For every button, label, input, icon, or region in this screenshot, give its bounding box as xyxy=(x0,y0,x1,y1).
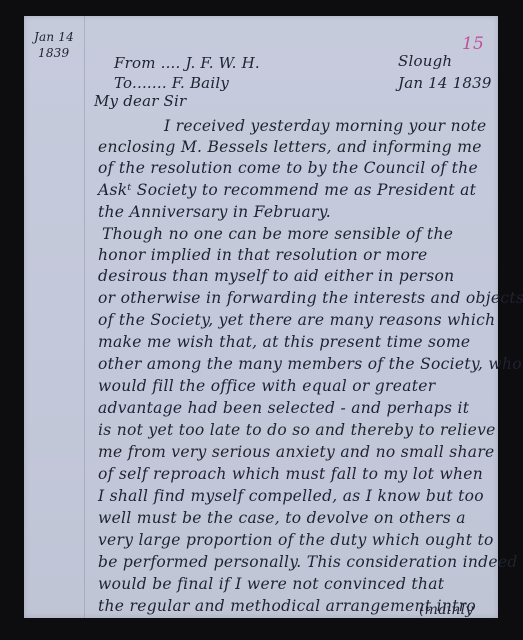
folio-number: 15 xyxy=(462,34,484,54)
header-date: Jan 14 1839 xyxy=(398,74,492,92)
catchword: (mainly xyxy=(419,602,473,618)
margin-date-year: 1839 xyxy=(38,46,69,60)
body-line: or otherwise in forwarding the interests… xyxy=(98,289,523,307)
header-from: From .... J. F. W. H. xyxy=(114,54,260,72)
body-line: is not yet too late to do so and thereby… xyxy=(98,421,496,439)
body-line: would be final if I were not convinced t… xyxy=(98,575,444,593)
header-place: Slough xyxy=(398,52,452,70)
header-to: To....... F. Baily xyxy=(114,74,229,92)
body-line: Askᵗ Society to recommend me as Presiden… xyxy=(98,181,476,199)
body-line: Though no one can be more sensible of th… xyxy=(102,225,453,243)
body-line: the Anniversary in February. xyxy=(98,203,331,221)
body-line: be performed personally. This considerat… xyxy=(98,553,518,571)
margin-rule xyxy=(84,16,85,618)
body-line: well must be the case, to devolve on oth… xyxy=(98,509,466,527)
body-line: honor implied in that resolution or more xyxy=(98,246,427,264)
body-line: of the Society, yet there are many reaso… xyxy=(98,311,495,329)
body-line: make me wish that, at this present time … xyxy=(98,333,470,351)
margin-date-day: Jan 14 xyxy=(34,30,74,44)
body-line: I shall find myself compelled, as I know… xyxy=(98,487,484,505)
body-line: me from very serious anxiety and no smal… xyxy=(98,443,495,461)
body-line: enclosing M. Bessels letters, and inform… xyxy=(98,138,482,156)
body-line: desirous than myself to aid either in pe… xyxy=(98,267,454,285)
body-line: of the resolution come to by the Council… xyxy=(98,159,478,177)
body-line: other among the many members of the Soci… xyxy=(98,355,522,373)
body-line: very large proportion of the duty which … xyxy=(98,531,494,549)
manuscript-page: Jan 14 1839 15 From .... J. F. W. H. To.… xyxy=(24,16,498,618)
body-line: I received yesterday morning your note xyxy=(164,117,487,135)
body-line: advantage had been selected - and perhap… xyxy=(98,399,469,417)
body-line: of self reproach which must fall to my l… xyxy=(98,465,483,483)
body-line: would fill the office with equal or grea… xyxy=(98,377,435,395)
salutation: My dear Sir xyxy=(94,92,186,110)
